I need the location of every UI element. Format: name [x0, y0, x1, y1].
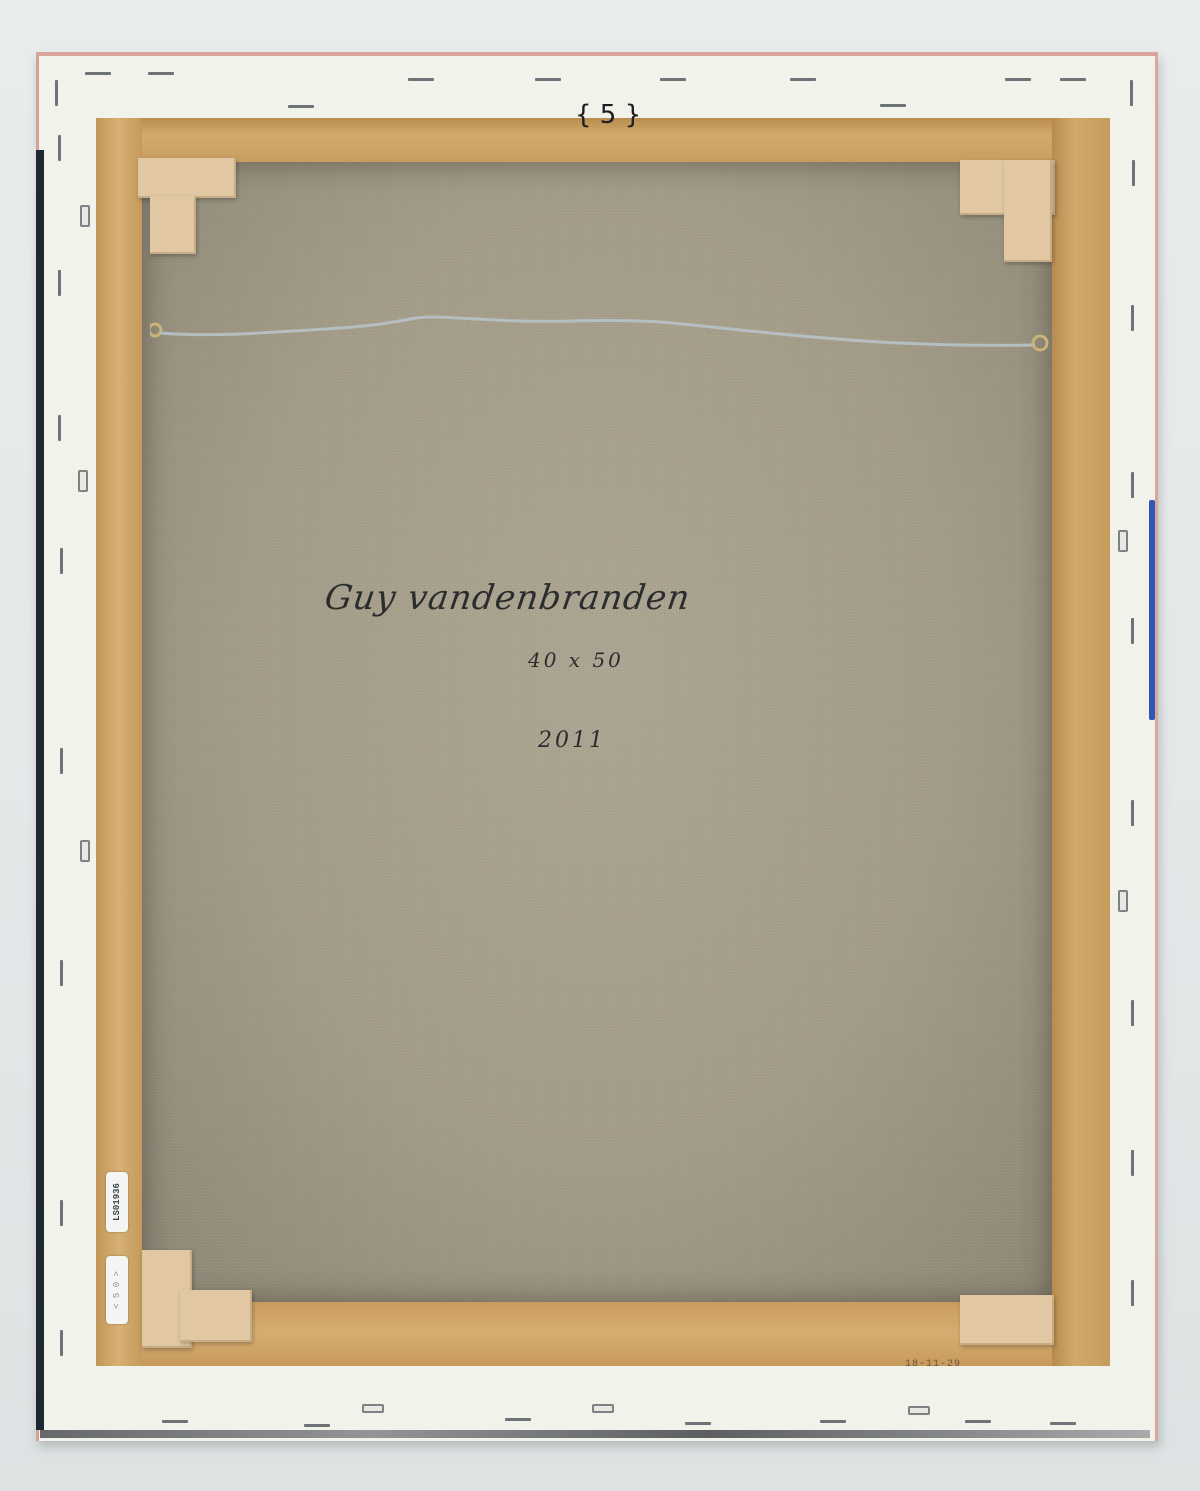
staple — [965, 1420, 991, 1423]
staple — [535, 78, 561, 81]
dimensions-note: 40 x 50 — [528, 648, 624, 672]
staple — [78, 470, 88, 492]
staple — [1050, 1422, 1076, 1425]
corner-key-top-right-v — [1004, 160, 1052, 262]
staple — [1118, 890, 1128, 912]
staple — [58, 415, 61, 441]
staple — [80, 205, 90, 227]
staple — [60, 548, 63, 574]
top-mark: { 5 } — [575, 100, 641, 130]
staple — [362, 1404, 384, 1413]
paint-edge-dark-left — [36, 150, 44, 1430]
staple — [58, 270, 61, 296]
staple — [908, 1406, 930, 1415]
staple — [1131, 800, 1134, 826]
staple — [1131, 618, 1134, 644]
artist-signature: Guy vandenbranden — [322, 578, 693, 618]
staple — [408, 78, 434, 81]
corner-key-bottom-left-h — [180, 1290, 252, 1342]
staple — [60, 960, 63, 986]
staple — [60, 1200, 63, 1226]
staple — [148, 72, 174, 75]
staple — [1060, 78, 1086, 81]
paint-edge-blue-right — [1149, 500, 1155, 720]
staple — [790, 78, 816, 81]
corner-key-bottom-right — [960, 1295, 1054, 1345]
staple — [1132, 160, 1135, 186]
year-note: 2011 — [538, 728, 606, 753]
stretcher-bar-right — [1052, 118, 1110, 1366]
eye-hook-right-icon — [1033, 336, 1047, 350]
staple — [58, 135, 61, 161]
staple — [162, 1420, 188, 1423]
staple — [60, 748, 63, 774]
staple — [85, 72, 111, 75]
paint-edge-dark-bottom — [40, 1430, 1150, 1438]
staple — [1130, 80, 1133, 106]
corner-key-top-left-v — [150, 196, 196, 254]
staple — [1131, 1280, 1134, 1306]
staple — [660, 78, 686, 81]
staple — [820, 1420, 846, 1423]
frame-date-stamp: 18-11-29 — [905, 1359, 961, 1370]
secondary-label: < 5 0 > — [106, 1256, 128, 1324]
secondary-label-text: < 5 0 > — [112, 1271, 122, 1309]
staple — [1131, 472, 1134, 498]
staple — [1131, 1150, 1134, 1176]
staple — [288, 105, 314, 108]
staple — [60, 1330, 63, 1356]
inventory-label: LS01936 — [106, 1172, 128, 1232]
staple — [685, 1422, 711, 1425]
staple — [880, 104, 906, 107]
hanging-wire — [150, 315, 1050, 355]
inventory-label-text: LS01936 — [112, 1183, 122, 1221]
staple — [304, 1424, 330, 1427]
staple — [55, 80, 58, 106]
staple — [505, 1418, 531, 1421]
staple — [1131, 305, 1134, 331]
staple — [592, 1404, 614, 1413]
staple — [1118, 530, 1128, 552]
corner-key-top-left-h — [138, 158, 236, 198]
staple — [1005, 78, 1031, 81]
eye-hook-left-icon — [150, 324, 161, 336]
staple — [80, 840, 90, 862]
staple — [1131, 1000, 1134, 1026]
